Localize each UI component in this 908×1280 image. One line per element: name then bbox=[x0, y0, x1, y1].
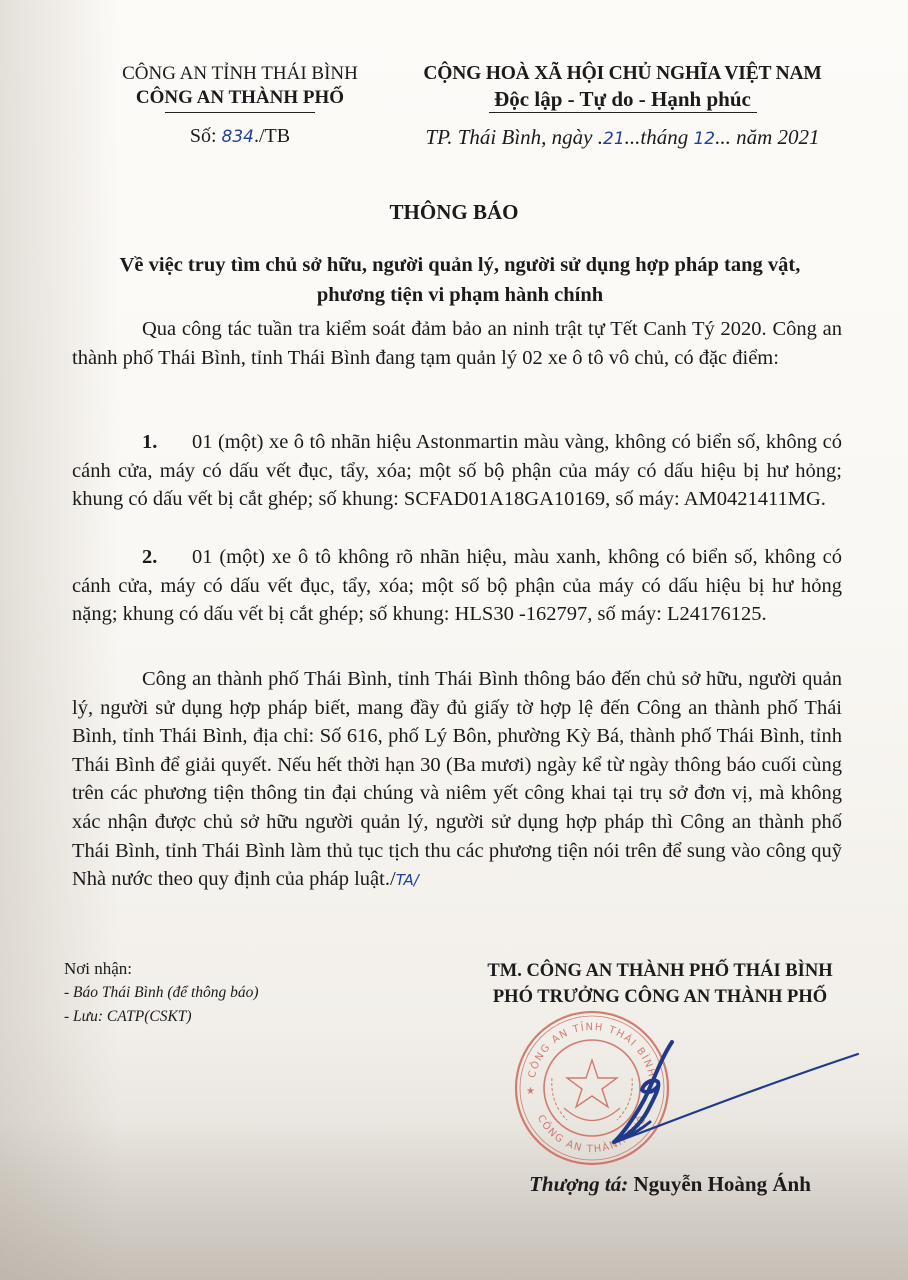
paper-shadow-left bbox=[0, 0, 120, 1280]
parent-agency: CÔNG AN TỈNH THÁI BÌNH bbox=[90, 62, 390, 86]
issuing-agency-header: CÔNG AN TỈNH THÁI BÌNH CÔNG AN THÀNH PHỐ… bbox=[90, 62, 390, 148]
day-handwritten: 21 bbox=[603, 129, 625, 149]
document-subject: Về việc truy tìm chủ sở hữu, người quản … bbox=[60, 250, 860, 310]
document-title: THÔNG BÁO bbox=[0, 200, 908, 225]
subject-line-1: Về việc truy tìm chủ sở hữu, người quản … bbox=[60, 250, 860, 280]
month-handwritten: 12 bbox=[693, 129, 715, 149]
recipients-heading: Nơi nhận: bbox=[64, 957, 404, 981]
intro-paragraph: Qua công tác tuần tra kiểm soát đảm bảo … bbox=[72, 315, 842, 372]
item-number: 1. bbox=[142, 428, 192, 457]
date-prefix: TP. Thái Bình, ngày . bbox=[425, 125, 603, 149]
issuing-agency: CÔNG AN THÀNH PHỐ bbox=[90, 86, 390, 110]
signature-block: TM. CÔNG AN THÀNH PHỐ THÁI BÌNH PHÓ TRƯỞ… bbox=[440, 958, 880, 1010]
item-number: 2. bbox=[142, 543, 192, 572]
recipients-block: Nơi nhận: - Báo Thái Bình (để thông báo)… bbox=[64, 957, 404, 1029]
signer-full-name: Nguyễn Hoàng Ánh bbox=[628, 1172, 811, 1196]
recipient-item: - Lưu: CATP(CSKT) bbox=[64, 1005, 404, 1029]
signer-rank: Thượng tá: bbox=[529, 1172, 628, 1196]
agency-underline bbox=[165, 112, 315, 113]
issue-date: TP. Thái Bình, ngày .21...tháng 12... nă… bbox=[395, 125, 850, 150]
svg-text:★: ★ bbox=[526, 1086, 535, 1097]
signature-authority: TM. CÔNG AN THÀNH PHỐ THÁI BÌNH bbox=[440, 958, 880, 984]
signature-position: PHÓ TRƯỞNG CÔNG AN THÀNH PHỐ bbox=[440, 984, 880, 1010]
vehicle-item-1: 1.01 (một) xe ô tô nhãn hiệu Astonmartin… bbox=[72, 428, 842, 514]
recipient-item: - Báo Thái Bình (để thông báo) bbox=[64, 981, 404, 1005]
handwritten-signature-icon bbox=[600, 1030, 870, 1150]
document-number-suffix: ./TB bbox=[254, 125, 290, 147]
month-label: ...tháng bbox=[625, 125, 694, 149]
initials-handwritten: TA/ bbox=[396, 871, 419, 889]
national-header: CỘNG HOÀ XÃ HỘI CHỦ NGHĨA VIỆT NAM Độc l… bbox=[395, 62, 850, 150]
document-number-label: Số: bbox=[190, 125, 222, 147]
year-text: ... năm 2021 bbox=[715, 125, 819, 149]
document-number-handwritten: 834 bbox=[222, 127, 254, 147]
notice-paragraph: Công an thành phố Thái Bình, tỉnh Thái B… bbox=[72, 665, 842, 895]
motto-underline bbox=[489, 112, 757, 113]
notice-text: Công an thành phố Thái Bình, tỉnh Thái B… bbox=[72, 668, 842, 890]
country-name: CỘNG HOÀ XÃ HỘI CHỦ NGHĨA VIỆT NAM bbox=[395, 62, 850, 86]
vehicle-item-2: 2.01 (một) xe ô tô không rõ nhãn hiệu, m… bbox=[72, 543, 842, 629]
signer-name: Thượng tá: Nguyễn Hoàng Ánh bbox=[500, 1172, 840, 1197]
national-motto: Độc lập - Tự do - Hạnh phúc bbox=[395, 86, 850, 112]
subject-line-2: phương tiện vi phạm hành chính bbox=[60, 280, 860, 310]
document-number: Số: 834./TB bbox=[90, 125, 390, 148]
